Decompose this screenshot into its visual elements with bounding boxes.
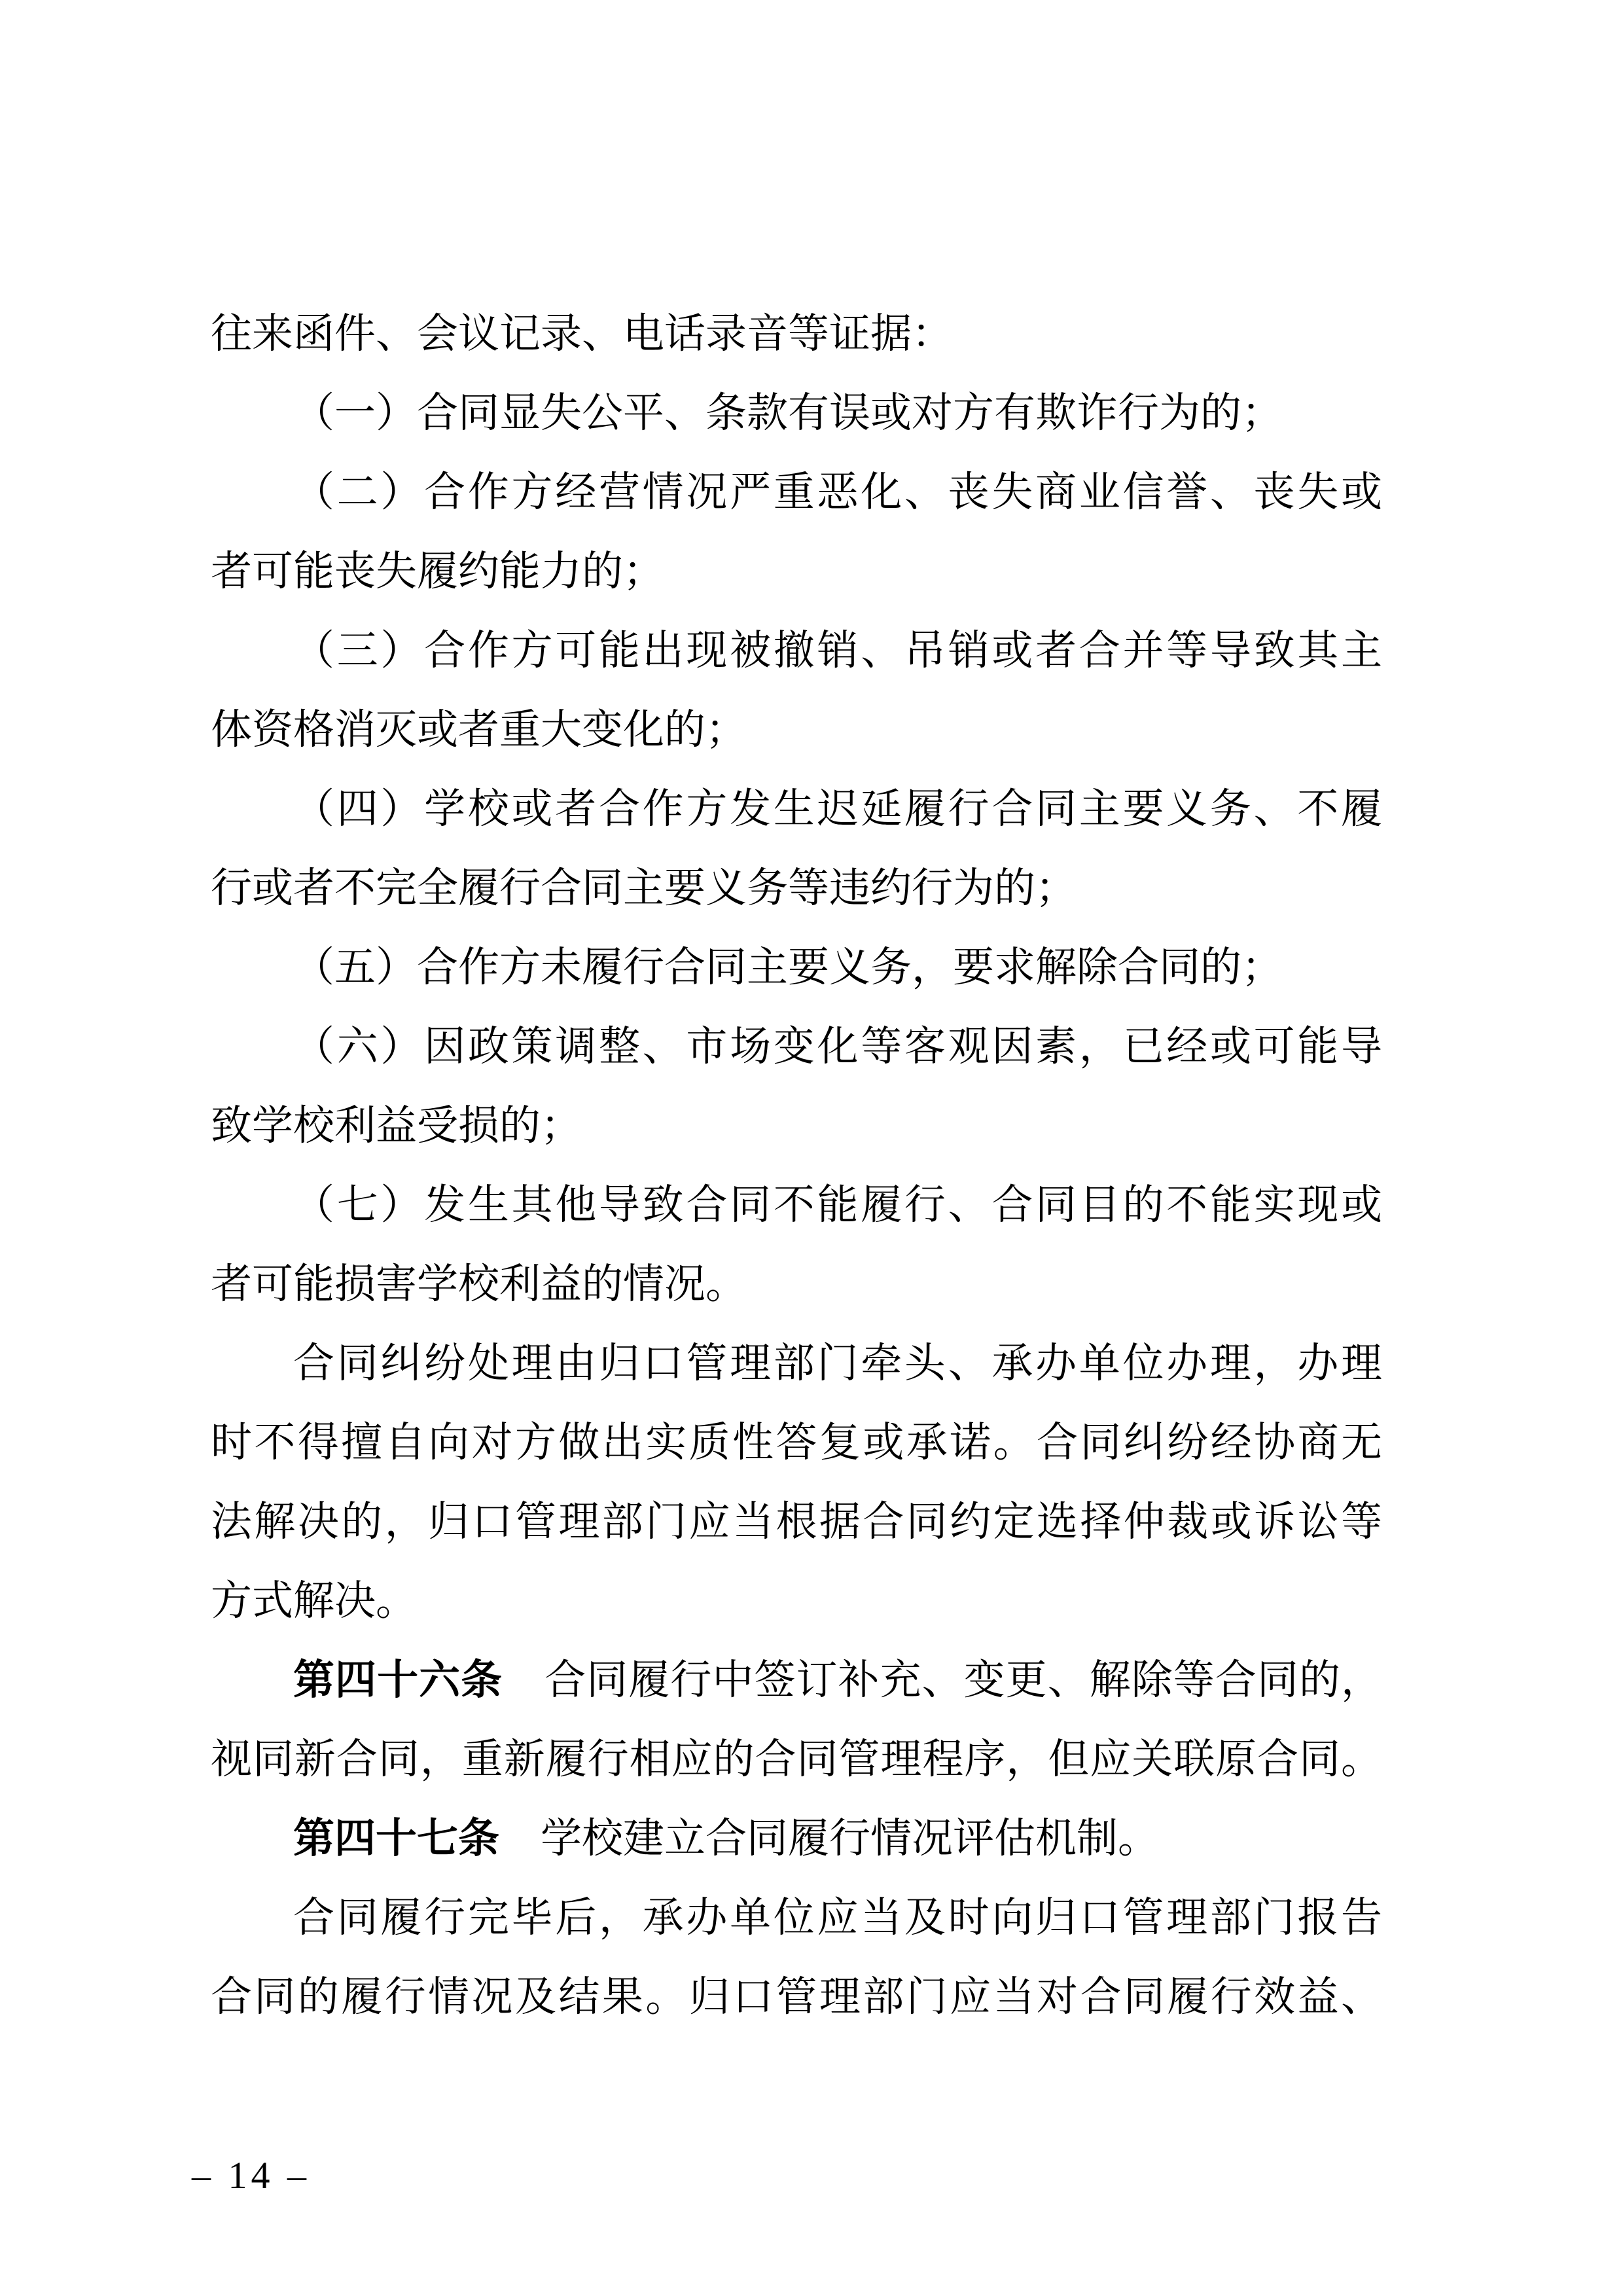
text-line: 法解决的，归口管理部门应当根据合同约定选择仲裁或诉讼等 xyxy=(211,1482,1382,1562)
text-line: 体资格消灭或者重大变化的； xyxy=(211,691,1382,770)
text-line: （六）因政策调整、市场变化等客观因素，已经或可能导 xyxy=(211,1007,1382,1086)
text-line: 往来函件、会议记录、电话录音等证据： xyxy=(211,295,1382,374)
text-line: （四）学校或者合作方发生迟延履行合同主要义务、不履 xyxy=(211,770,1382,849)
article-number: 第四十七条 xyxy=(293,1816,499,1861)
text-line: （一）合同显失公平、条款有误或对方有欺诈行为的； xyxy=(211,374,1382,453)
body-text: 往来函件、会议记录、电话录音等证据：（一）合同显失公平、条款有误或对方有欺诈行为… xyxy=(211,295,1382,2037)
article-number: 第四十六条 xyxy=(293,1657,503,1703)
text-line: 致学校利益受损的； xyxy=(211,1086,1382,1166)
text-line: 行或者不完全履行合同主要义务等违约行为的； xyxy=(211,849,1382,928)
text-line: （五）合作方未履行合同主要义务，要求解除合同的； xyxy=(211,928,1382,1007)
page-number: – 14 – xyxy=(192,2149,310,2202)
text-line: 者可能丧失履约能力的； xyxy=(211,532,1382,611)
text-line: 第四十七条 学校建立合同履行情况评估机制。 xyxy=(211,1799,1382,1878)
text-line: 者可能损害学校利益的情况。 xyxy=(211,1245,1382,1324)
text-line: （三）合作方可能出现被撤销、吊销或者合并等导致其主 xyxy=(211,611,1382,691)
text-line: （二）合作方经营情况严重恶化、丧失商业信誉、丧失或 xyxy=(211,453,1382,532)
text-line: 视同新合同，重新履行相应的合同管理程序，但应关联原合同。 xyxy=(211,1720,1382,1799)
document-page: 往来函件、会议记录、电话录音等证据：（一）合同显失公平、条款有误或对方有欺诈行为… xyxy=(0,0,1623,2296)
text-line: 方式解决。 xyxy=(211,1562,1382,1641)
text-line: 合同的履行情况及结果。归口管理部门应当对合同履行效益、 xyxy=(211,1958,1382,2037)
text-line: 合同履行完毕后，承办单位应当及时向归口管理部门报告 xyxy=(211,1878,1382,1958)
text-line: 时不得擅自向对方做出实质性答复或承诺。合同纠纷经协商无 xyxy=(211,1403,1382,1482)
text-line: 合同纠纷处理由归口管理部门牵头、承办单位办理，办理 xyxy=(211,1324,1382,1403)
text-line: 第四十六条 合同履行中签订补充、变更、解除等合同的， xyxy=(211,1641,1382,1720)
text-line: （七）发生其他导致合同不能履行、合同目的不能实现或 xyxy=(211,1166,1382,1245)
